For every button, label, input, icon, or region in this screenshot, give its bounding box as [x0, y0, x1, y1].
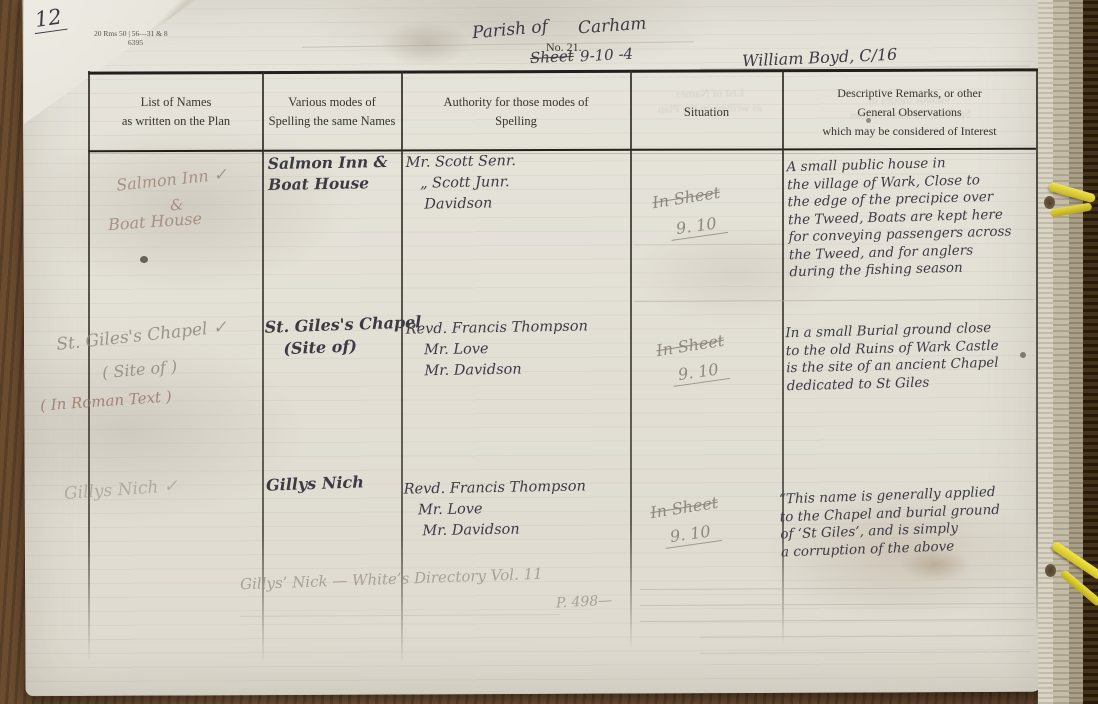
- column-header-authority: Authority for those modes of Spelling: [402, 76, 630, 148]
- paper-stain: [900, 548, 970, 582]
- show-through-text-2: Various modes of Spelling the same Names: [810, 90, 1010, 123]
- row2-remarks: In a small Burial ground close to the ol…: [785, 319, 1039, 396]
- row2-spelling: St. Giles's Chapel (Site of): [264, 311, 422, 360]
- print-code-line1: 20 Rms 50 | 56—31 & 8: [94, 29, 168, 38]
- col-divider-3: [630, 71, 632, 651]
- ink-speck: [866, 118, 871, 123]
- sheet-numbers: 9-10 -4: [580, 45, 634, 66]
- row1-authority: Mr. Scott Senr. „ Scott Junr. Davidson: [405, 151, 516, 216]
- print-code-line2: 6395: [128, 38, 143, 47]
- binding-hole-bottom: [1045, 564, 1056, 577]
- column-header-names: List of Names as written on the Plan: [90, 76, 262, 148]
- page-edge-stack-3: [1069, 0, 1083, 704]
- sheet-prefix: Sheet: [530, 47, 575, 67]
- binding-hole-top: [1044, 196, 1055, 209]
- show-through-text-1: List of Names as written on the Plan: [640, 85, 781, 117]
- table-left-border: [88, 71, 90, 661]
- ink-speck: [140, 256, 148, 263]
- row1-spelling: Salmon Inn & Boat House: [268, 151, 388, 195]
- paper-stain: [380, 20, 470, 66]
- header-bottom-border-2: [88, 153, 1036, 154]
- ledger-photo: 12 20 Rms 50 | 56—31 & 8 6395 Parish of …: [0, 0, 1098, 704]
- page-number: 12: [31, 4, 67, 34]
- row3-remarks: “This name is generally applied to the C…: [779, 483, 1037, 562]
- ink-speck: [1020, 352, 1026, 358]
- page-edge-stack-1: [1038, 0, 1053, 704]
- column-header-spelling-modes: Various modes of Spelling the same Names: [263, 76, 401, 148]
- row3-authority: Revd. Francis Thompson Mr. Love Mr. Davi…: [403, 476, 586, 542]
- row3-spelling: Gillys Nich: [266, 472, 364, 494]
- page-edge-stack-2: [1053, 0, 1069, 704]
- footnote-reference-line2: P. 498—: [556, 593, 613, 612]
- row2-authority: Revd. Francis Thompson Mr. Love Mr. Davi…: [405, 316, 588, 382]
- row1-remarks: A small public house in the village of W…: [786, 153, 1039, 282]
